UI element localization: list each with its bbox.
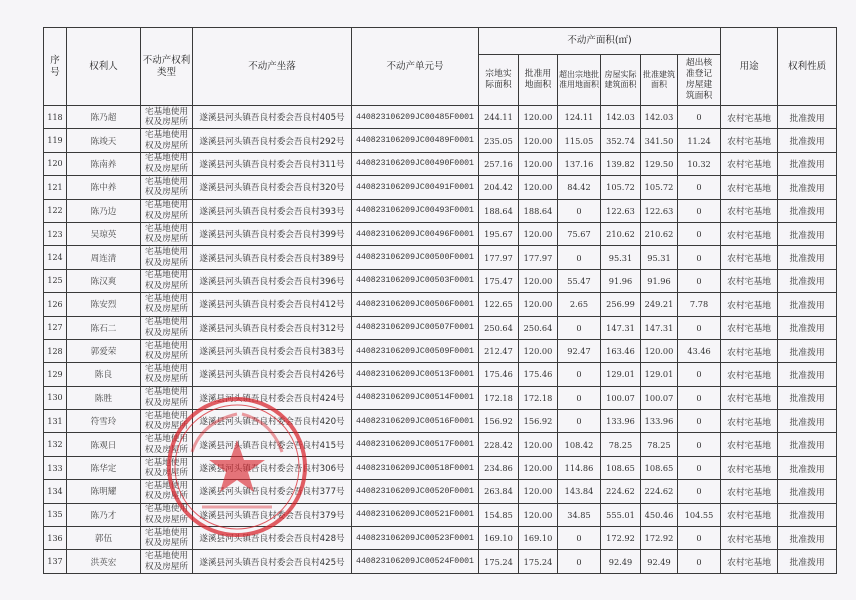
row-usage: 农村宅基地 (721, 550, 778, 573)
row-nature: 批准拨用 (778, 129, 837, 152)
row-building-approved: 129.01 (641, 363, 678, 386)
row-location: 遂溪县河头镇吾良村委会吾良村428号 (193, 527, 352, 550)
row-building-excess: 104.55 (678, 503, 721, 526)
row-land-actual: 234.86 (479, 456, 519, 479)
header-holder: 权利人 (67, 28, 141, 106)
row-building-approved: 105.72 (641, 176, 678, 199)
row-location: 遂溪县河头镇吾良村委会吾良村396号 (193, 269, 352, 292)
row-unit-no: 440823106209JC00509F0001 (352, 339, 479, 362)
row-usage: 农村宅基地 (721, 152, 778, 175)
row-building-actual: 92.49 (601, 550, 641, 573)
row-building-actual: 122.63 (601, 199, 641, 222)
table-row: 132陈观日宅基地使用权及房屋所遂溪县河头镇吾良村委会吾良村415号440823… (44, 433, 837, 456)
row-building-actual: 105.72 (601, 176, 641, 199)
row-nature: 批准拨用 (778, 433, 837, 456)
row-holder: 陈华定 (67, 456, 141, 479)
row-unit-no: 440823106209JC00513F0001 (352, 363, 479, 386)
row-building-approved: 95.31 (641, 246, 678, 269)
row-nature: 批准拨用 (778, 269, 837, 292)
table-row: 123吴琼英宅基地使用权及房屋所遂溪县河头镇吾良村委会吾良村399号440823… (44, 222, 837, 245)
row-building-actual: 555.01 (601, 503, 641, 526)
row-seq: 127 (44, 316, 67, 339)
row-unit-no: 440823106209JC00521F0001 (352, 503, 479, 526)
header-building-actual: 房屋实际建筑面积 (601, 55, 641, 106)
row-seq: 122 (44, 199, 67, 222)
row-land-excess: 55.47 (558, 269, 601, 292)
row-usage: 农村宅基地 (721, 199, 778, 222)
row-right-type: 宅基地使用权及房屋所 (141, 246, 193, 269)
row-unit-no: 440823106209JC00490F0001 (352, 152, 479, 175)
row-right-type: 宅基地使用权及房屋所 (141, 176, 193, 199)
row-land-excess: 0 (558, 527, 601, 550)
row-holder: 陈良 (67, 363, 141, 386)
row-seq: 121 (44, 176, 67, 199)
row-building-approved: 224.62 (641, 480, 678, 503)
row-seq: 128 (44, 339, 67, 362)
row-building-actual: 256.99 (601, 293, 641, 316)
row-land-approved: 120.00 (519, 152, 558, 175)
row-land-excess: 137.16 (558, 152, 601, 175)
row-land-excess: 0 (558, 386, 601, 409)
row-right-type: 宅基地使用权及房屋所 (141, 410, 193, 433)
row-usage: 农村宅基地 (721, 293, 778, 316)
row-land-actual: 154.85 (479, 503, 519, 526)
row-building-actual: 224.62 (601, 480, 641, 503)
row-nature: 批准拨用 (778, 152, 837, 175)
row-building-approved: 341.50 (641, 129, 678, 152)
row-unit-no: 440823106209JC00507F0001 (352, 316, 479, 339)
row-holder: 陈竣天 (67, 129, 141, 152)
row-land-actual: 212.47 (479, 339, 519, 362)
row-building-excess: 0 (678, 527, 721, 550)
row-holder: 郭伍 (67, 527, 141, 550)
row-usage: 农村宅基地 (721, 246, 778, 269)
row-nature: 批准拨用 (778, 480, 837, 503)
row-holder: 陈中养 (67, 176, 141, 199)
header-usage: 用途 (721, 28, 778, 106)
header-building-approved: 批准建筑面积 (641, 55, 678, 106)
row-building-actual: 147.31 (601, 316, 641, 339)
row-building-approved: 78.25 (641, 433, 678, 456)
row-seq: 131 (44, 410, 67, 433)
property-registration-table-sheet: 序号 权利人 不动产权利类型 不动产坐落 不动产单元号 不动产面积(㎡) 用途 … (43, 27, 837, 574)
row-usage: 农村宅基地 (721, 386, 778, 409)
row-usage: 农村宅基地 (721, 222, 778, 245)
row-location: 遂溪县河头镇吾良村委会吾良村292号 (193, 129, 352, 152)
row-land-approved: 120.00 (519, 433, 558, 456)
row-building-actual: 100.07 (601, 386, 641, 409)
row-building-actual: 172.92 (601, 527, 641, 550)
row-land-actual: 175.47 (479, 269, 519, 292)
row-building-approved: 122.63 (641, 199, 678, 222)
row-seq: 119 (44, 129, 67, 152)
row-nature: 批准拨用 (778, 293, 837, 316)
row-nature: 批准拨用 (778, 339, 837, 362)
row-location: 遂溪县河头镇吾良村委会吾良村405号 (193, 106, 352, 129)
row-right-type: 宅基地使用权及房屋所 (141, 222, 193, 245)
row-right-type: 宅基地使用权及房屋所 (141, 106, 193, 129)
row-seq: 132 (44, 433, 67, 456)
row-nature: 批准拨用 (778, 199, 837, 222)
row-land-approved: 120.00 (519, 269, 558, 292)
row-usage: 农村宅基地 (721, 503, 778, 526)
row-location: 遂溪县河头镇吾良村委会吾良村399号 (193, 222, 352, 245)
row-land-actual: 122.65 (479, 293, 519, 316)
row-holder: 吴琼英 (67, 222, 141, 245)
row-building-excess: 0 (678, 456, 721, 479)
row-building-approved: 172.92 (641, 527, 678, 550)
table-row: 128郭爱荣宅基地使用权及房屋所遂溪县河头镇吾良村委会吾良村383号440823… (44, 339, 837, 362)
row-right-type: 宅基地使用权及房屋所 (141, 527, 193, 550)
row-land-actual: 228.42 (479, 433, 519, 456)
table-row: 131符雪玲宅基地使用权及房屋所遂溪县河头镇吾良村委会吾良村420号440823… (44, 410, 837, 433)
row-building-actual: 133.96 (601, 410, 641, 433)
table-row: 122陈乃边宅基地使用权及房屋所遂溪县河头镇吾良村委会吾良村393号440823… (44, 199, 837, 222)
row-seq: 118 (44, 106, 67, 129)
row-land-approved: 172.18 (519, 386, 558, 409)
row-nature: 批准拨用 (778, 456, 837, 479)
row-usage: 农村宅基地 (721, 106, 778, 129)
row-nature: 批准拨用 (778, 386, 837, 409)
row-land-excess: 124.11 (558, 106, 601, 129)
row-building-approved: 450.46 (641, 503, 678, 526)
row-location: 遂溪县河头镇吾良村委会吾良村311号 (193, 152, 352, 175)
row-right-type: 宅基地使用权及房屋所 (141, 129, 193, 152)
row-location: 遂溪县河头镇吾良村委会吾良村379号 (193, 503, 352, 526)
row-unit-no: 440823106209JC00518F0001 (352, 456, 479, 479)
row-land-excess: 92.47 (558, 339, 601, 362)
row-land-approved: 120.00 (519, 106, 558, 129)
row-building-excess: 0 (678, 363, 721, 386)
table-row: 135陈乃才宅基地使用权及房屋所遂溪县河头镇吾良村委会吾良村379号440823… (44, 503, 837, 526)
row-nature: 批准拨用 (778, 176, 837, 199)
row-unit-no: 440823106209JC00506F0001 (352, 293, 479, 316)
row-land-actual: 156.92 (479, 410, 519, 433)
row-building-excess: 11.24 (678, 129, 721, 152)
row-usage: 农村宅基地 (721, 433, 778, 456)
row-nature: 批准拨用 (778, 410, 837, 433)
table-row: 136郭伍宅基地使用权及房屋所遂溪县河头镇吾良村委会吾良村428号4408231… (44, 527, 837, 550)
row-building-excess: 0 (678, 246, 721, 269)
row-holder: 陈胜 (67, 386, 141, 409)
row-nature: 批准拨用 (778, 222, 837, 245)
row-land-approved: 120.00 (519, 339, 558, 362)
header-location: 不动产坐落 (193, 28, 352, 106)
header-right-type: 不动产权利类型 (141, 28, 193, 106)
row-land-excess: 115.05 (558, 129, 601, 152)
row-building-excess: 0 (678, 386, 721, 409)
row-building-approved: 120.00 (641, 339, 678, 362)
row-holder: 陈乃边 (67, 199, 141, 222)
row-building-approved: 133.96 (641, 410, 678, 433)
row-building-approved: 147.31 (641, 316, 678, 339)
row-land-approved: 120.00 (519, 480, 558, 503)
row-land-actual: 257.16 (479, 152, 519, 175)
row-land-approved: 120.00 (519, 456, 558, 479)
row-land-approved: 120.00 (519, 503, 558, 526)
row-nature: 批准拨用 (778, 503, 837, 526)
row-location: 遂溪县河头镇吾良村委会吾良村424号 (193, 386, 352, 409)
table-row: 121陈中养宅基地使用权及房屋所遂溪县河头镇吾良村委会吾良村320号440823… (44, 176, 837, 199)
row-nature: 批准拨用 (778, 246, 837, 269)
row-unit-no: 440823106209JC00523F0001 (352, 527, 479, 550)
row-land-actual: 177.97 (479, 246, 519, 269)
header-building-excess: 超出核准登记房屋建筑面积 (678, 55, 721, 106)
row-land-excess: 75.67 (558, 222, 601, 245)
row-right-type: 宅基地使用权及房屋所 (141, 386, 193, 409)
table-row: 126陈安烈宅基地使用权及房屋所遂溪县河头镇吾良村委会吾良村412号440823… (44, 293, 837, 316)
table-row: 129陈良宅基地使用权及房屋所遂溪县河头镇吾良村委会吾良村426号4408231… (44, 363, 837, 386)
row-land-actual: 169.10 (479, 527, 519, 550)
row-seq: 134 (44, 480, 67, 503)
row-right-type: 宅基地使用权及房屋所 (141, 550, 193, 573)
row-land-actual: 195.67 (479, 222, 519, 245)
row-building-approved: 100.07 (641, 386, 678, 409)
row-location: 遂溪县河头镇吾良村委会吾良村377号 (193, 480, 352, 503)
table-header: 序号 权利人 不动产权利类型 不动产坐落 不动产单元号 不动产面积(㎡) 用途 … (44, 28, 837, 106)
row-location: 遂溪县河头镇吾良村委会吾良村383号 (193, 339, 352, 362)
row-land-actual: 263.84 (479, 480, 519, 503)
row-land-approved: 175.24 (519, 550, 558, 573)
row-unit-no: 440823106209JC00517F0001 (352, 433, 479, 456)
row-usage: 农村宅基地 (721, 456, 778, 479)
header-seq: 序号 (44, 28, 67, 106)
row-land-approved: 120.00 (519, 222, 558, 245)
row-holder: 郭爱荣 (67, 339, 141, 362)
header-land-actual: 宗地实际面积 (479, 55, 519, 106)
row-land-approved: 177.97 (519, 246, 558, 269)
row-unit-no: 440823106209JC00493F0001 (352, 199, 479, 222)
row-land-approved: 188.64 (519, 199, 558, 222)
row-building-approved: 210.62 (641, 222, 678, 245)
row-building-actual: 142.03 (601, 106, 641, 129)
row-seq: 124 (44, 246, 67, 269)
row-building-excess: 0 (678, 269, 721, 292)
row-building-approved: 108.65 (641, 456, 678, 479)
row-land-excess: 0 (558, 199, 601, 222)
row-usage: 农村宅基地 (721, 363, 778, 386)
row-right-type: 宅基地使用权及房屋所 (141, 152, 193, 175)
row-location: 遂溪县河头镇吾良村委会吾良村389号 (193, 246, 352, 269)
row-building-excess: 43.46 (678, 339, 721, 362)
row-holder: 陈乃才 (67, 503, 141, 526)
table-row: 127陈石二宅基地使用权及房屋所遂溪县河头镇吾良村委会吾良村312号440823… (44, 316, 837, 339)
row-right-type: 宅基地使用权及房屋所 (141, 363, 193, 386)
row-usage: 农村宅基地 (721, 339, 778, 362)
row-seq: 129 (44, 363, 67, 386)
row-building-excess: 0 (678, 222, 721, 245)
row-location: 遂溪县河头镇吾良村委会吾良村420号 (193, 410, 352, 433)
row-building-excess: 0 (678, 316, 721, 339)
row-building-approved: 129.50 (641, 152, 678, 175)
header-land-approved: 批准用地面积 (519, 55, 558, 106)
row-land-excess: 0 (558, 246, 601, 269)
row-holder: 陈汉爽 (67, 269, 141, 292)
row-usage: 农村宅基地 (721, 410, 778, 433)
row-right-type: 宅基地使用权及房屋所 (141, 293, 193, 316)
row-seq: 123 (44, 222, 67, 245)
row-building-actual: 108.65 (601, 456, 641, 479)
row-building-excess: 0 (678, 550, 721, 573)
row-land-approved: 175.46 (519, 363, 558, 386)
table-row: 118陈乃超宅基地使用权及房屋所遂溪县河头镇吾良村委会吾良村405号440823… (44, 106, 837, 129)
row-building-excess: 7.78 (678, 293, 721, 316)
row-land-actual: 244.11 (479, 106, 519, 129)
row-land-approved: 250.64 (519, 316, 558, 339)
header-land-excess: 超出宗地批准用地面积 (558, 55, 601, 106)
row-usage: 农村宅基地 (721, 269, 778, 292)
row-land-excess: 0 (558, 316, 601, 339)
table-row: 125陈汉爽宅基地使用权及房屋所遂溪县河头镇吾良村委会吾良村396号440823… (44, 269, 837, 292)
table-body: 118陈乃超宅基地使用权及房屋所遂溪县河头镇吾良村委会吾良村405号440823… (44, 106, 837, 574)
row-land-approved: 156.92 (519, 410, 558, 433)
row-seq: 136 (44, 527, 67, 550)
row-unit-no: 440823106209JC00503F0001 (352, 269, 479, 292)
row-land-actual: 172.18 (479, 386, 519, 409)
row-nature: 批准拨用 (778, 550, 837, 573)
row-unit-no: 440823106209JC00514F0001 (352, 386, 479, 409)
row-land-actual: 250.64 (479, 316, 519, 339)
row-seq: 133 (44, 456, 67, 479)
row-land-excess: 0 (558, 550, 601, 573)
row-building-actual: 95.31 (601, 246, 641, 269)
row-right-type: 宅基地使用权及房屋所 (141, 480, 193, 503)
row-land-excess: 84.42 (558, 176, 601, 199)
row-location: 遂溪县河头镇吾良村委会吾良村312号 (193, 316, 352, 339)
row-location: 遂溪县河头镇吾良村委会吾良村320号 (193, 176, 352, 199)
row-building-approved: 142.03 (641, 106, 678, 129)
row-holder: 陈明耀 (67, 480, 141, 503)
row-holder: 陈南养 (67, 152, 141, 175)
header-area-group: 不动产面积(㎡) (479, 28, 721, 55)
row-land-actual: 175.24 (479, 550, 519, 573)
row-unit-no: 440823106209JC00500F0001 (352, 246, 479, 269)
row-holder: 周连清 (67, 246, 141, 269)
row-right-type: 宅基地使用权及房屋所 (141, 316, 193, 339)
row-building-excess: 0 (678, 410, 721, 433)
row-land-approved: 120.00 (519, 129, 558, 152)
row-land-excess: 0 (558, 410, 601, 433)
row-holder: 洪英宏 (67, 550, 141, 573)
row-building-excess: 10.32 (678, 152, 721, 175)
row-land-excess: 2.65 (558, 293, 601, 316)
row-building-approved: 92.49 (641, 550, 678, 573)
row-seq: 125 (44, 269, 67, 292)
row-unit-no: 440823106209JC00491F0001 (352, 176, 479, 199)
row-unit-no: 440823106209JC00496F0001 (352, 222, 479, 245)
row-usage: 农村宅基地 (721, 316, 778, 339)
row-building-excess: 0 (678, 106, 721, 129)
row-seq: 126 (44, 293, 67, 316)
row-location: 遂溪县河头镇吾良村委会吾良村393号 (193, 199, 352, 222)
row-right-type: 宅基地使用权及房屋所 (141, 456, 193, 479)
row-usage: 农村宅基地 (721, 176, 778, 199)
row-holder: 陈乃超 (67, 106, 141, 129)
row-land-excess: 0 (558, 363, 601, 386)
row-building-actual: 352.74 (601, 129, 641, 152)
table-row: 120陈南养宅基地使用权及房屋所遂溪县河头镇吾良村委会吾良村311号440823… (44, 152, 837, 175)
row-unit-no: 440823106209JC00485F0001 (352, 106, 479, 129)
row-land-excess: 34.85 (558, 503, 601, 526)
row-nature: 批准拨用 (778, 527, 837, 550)
row-building-actual: 163.46 (601, 339, 641, 362)
table-row: 124周连清宅基地使用权及房屋所遂溪县河头镇吾良村委会吾良村389号440823… (44, 246, 837, 269)
row-land-excess: 114.86 (558, 456, 601, 479)
row-usage: 农村宅基地 (721, 480, 778, 503)
row-nature: 批准拨用 (778, 106, 837, 129)
row-nature: 批准拨用 (778, 363, 837, 386)
row-land-approved: 120.00 (519, 176, 558, 199)
row-seq: 120 (44, 152, 67, 175)
row-right-type: 宅基地使用权及房屋所 (141, 503, 193, 526)
row-land-excess: 108.42 (558, 433, 601, 456)
row-unit-no: 440823106209JC00516F0001 (352, 410, 479, 433)
row-holder: 陈观日 (67, 433, 141, 456)
row-holder: 陈石二 (67, 316, 141, 339)
row-land-actual: 235.05 (479, 129, 519, 152)
row-building-excess: 0 (678, 176, 721, 199)
row-seq: 137 (44, 550, 67, 573)
row-holder: 符雪玲 (67, 410, 141, 433)
row-land-approved: 169.10 (519, 527, 558, 550)
row-building-actual: 129.01 (601, 363, 641, 386)
row-building-actual: 139.82 (601, 152, 641, 175)
row-building-approved: 91.96 (641, 269, 678, 292)
row-usage: 农村宅基地 (721, 527, 778, 550)
table-row: 130陈胜宅基地使用权及房屋所遂溪县河头镇吾良村委会吾良村424号4408231… (44, 386, 837, 409)
row-holder: 陈安烈 (67, 293, 141, 316)
row-land-actual: 175.46 (479, 363, 519, 386)
row-nature: 批准拨用 (778, 316, 837, 339)
row-seq: 130 (44, 386, 67, 409)
row-building-excess: 0 (678, 480, 721, 503)
row-right-type: 宅基地使用权及房屋所 (141, 199, 193, 222)
row-location: 遂溪县河头镇吾良村委会吾良村412号 (193, 293, 352, 316)
row-building-excess: 0 (678, 199, 721, 222)
property-table: 序号 权利人 不动产权利类型 不动产坐落 不动产单元号 不动产面积(㎡) 用途 … (43, 27, 837, 574)
row-building-excess: 0 (678, 433, 721, 456)
header-nature: 权利性质 (778, 28, 837, 106)
row-land-actual: 204.42 (479, 176, 519, 199)
table-row: 119陈竣天宅基地使用权及房屋所遂溪县河头镇吾良村委会吾良村292号440823… (44, 129, 837, 152)
row-unit-no: 440823106209JC00520F0001 (352, 480, 479, 503)
row-building-actual: 78.25 (601, 433, 641, 456)
row-seq: 135 (44, 503, 67, 526)
table-row: 137洪英宏宅基地使用权及房屋所遂溪县河头镇吾良村委会吾良村425号440823… (44, 550, 837, 573)
table-row: 133陈华定宅基地使用权及房屋所遂溪县河头镇吾良村委会吾良村306号440823… (44, 456, 837, 479)
row-land-actual: 188.64 (479, 199, 519, 222)
row-location: 遂溪县河头镇吾良村委会吾良村415号 (193, 433, 352, 456)
row-land-excess: 143.84 (558, 480, 601, 503)
row-building-actual: 210.62 (601, 222, 641, 245)
row-right-type: 宅基地使用权及房屋所 (141, 269, 193, 292)
row-land-approved: 120.00 (519, 293, 558, 316)
row-location: 遂溪县河头镇吾良村委会吾良村426号 (193, 363, 352, 386)
header-unit-no: 不动产单元号 (352, 28, 479, 106)
row-location: 遂溪县河头镇吾良村委会吾良村425号 (193, 550, 352, 573)
row-usage: 农村宅基地 (721, 129, 778, 152)
row-unit-no: 440823106209JC00524F0001 (352, 550, 479, 573)
row-unit-no: 440823106209JC00489F0001 (352, 129, 479, 152)
row-right-type: 宅基地使用权及房屋所 (141, 433, 193, 456)
table-row: 134陈明耀宅基地使用权及房屋所遂溪县河头镇吾良村委会吾良村377号440823… (44, 480, 837, 503)
row-building-approved: 249.21 (641, 293, 678, 316)
row-location: 遂溪县河头镇吾良村委会吾良村306号 (193, 456, 352, 479)
row-building-actual: 91.96 (601, 269, 641, 292)
row-right-type: 宅基地使用权及房屋所 (141, 339, 193, 362)
